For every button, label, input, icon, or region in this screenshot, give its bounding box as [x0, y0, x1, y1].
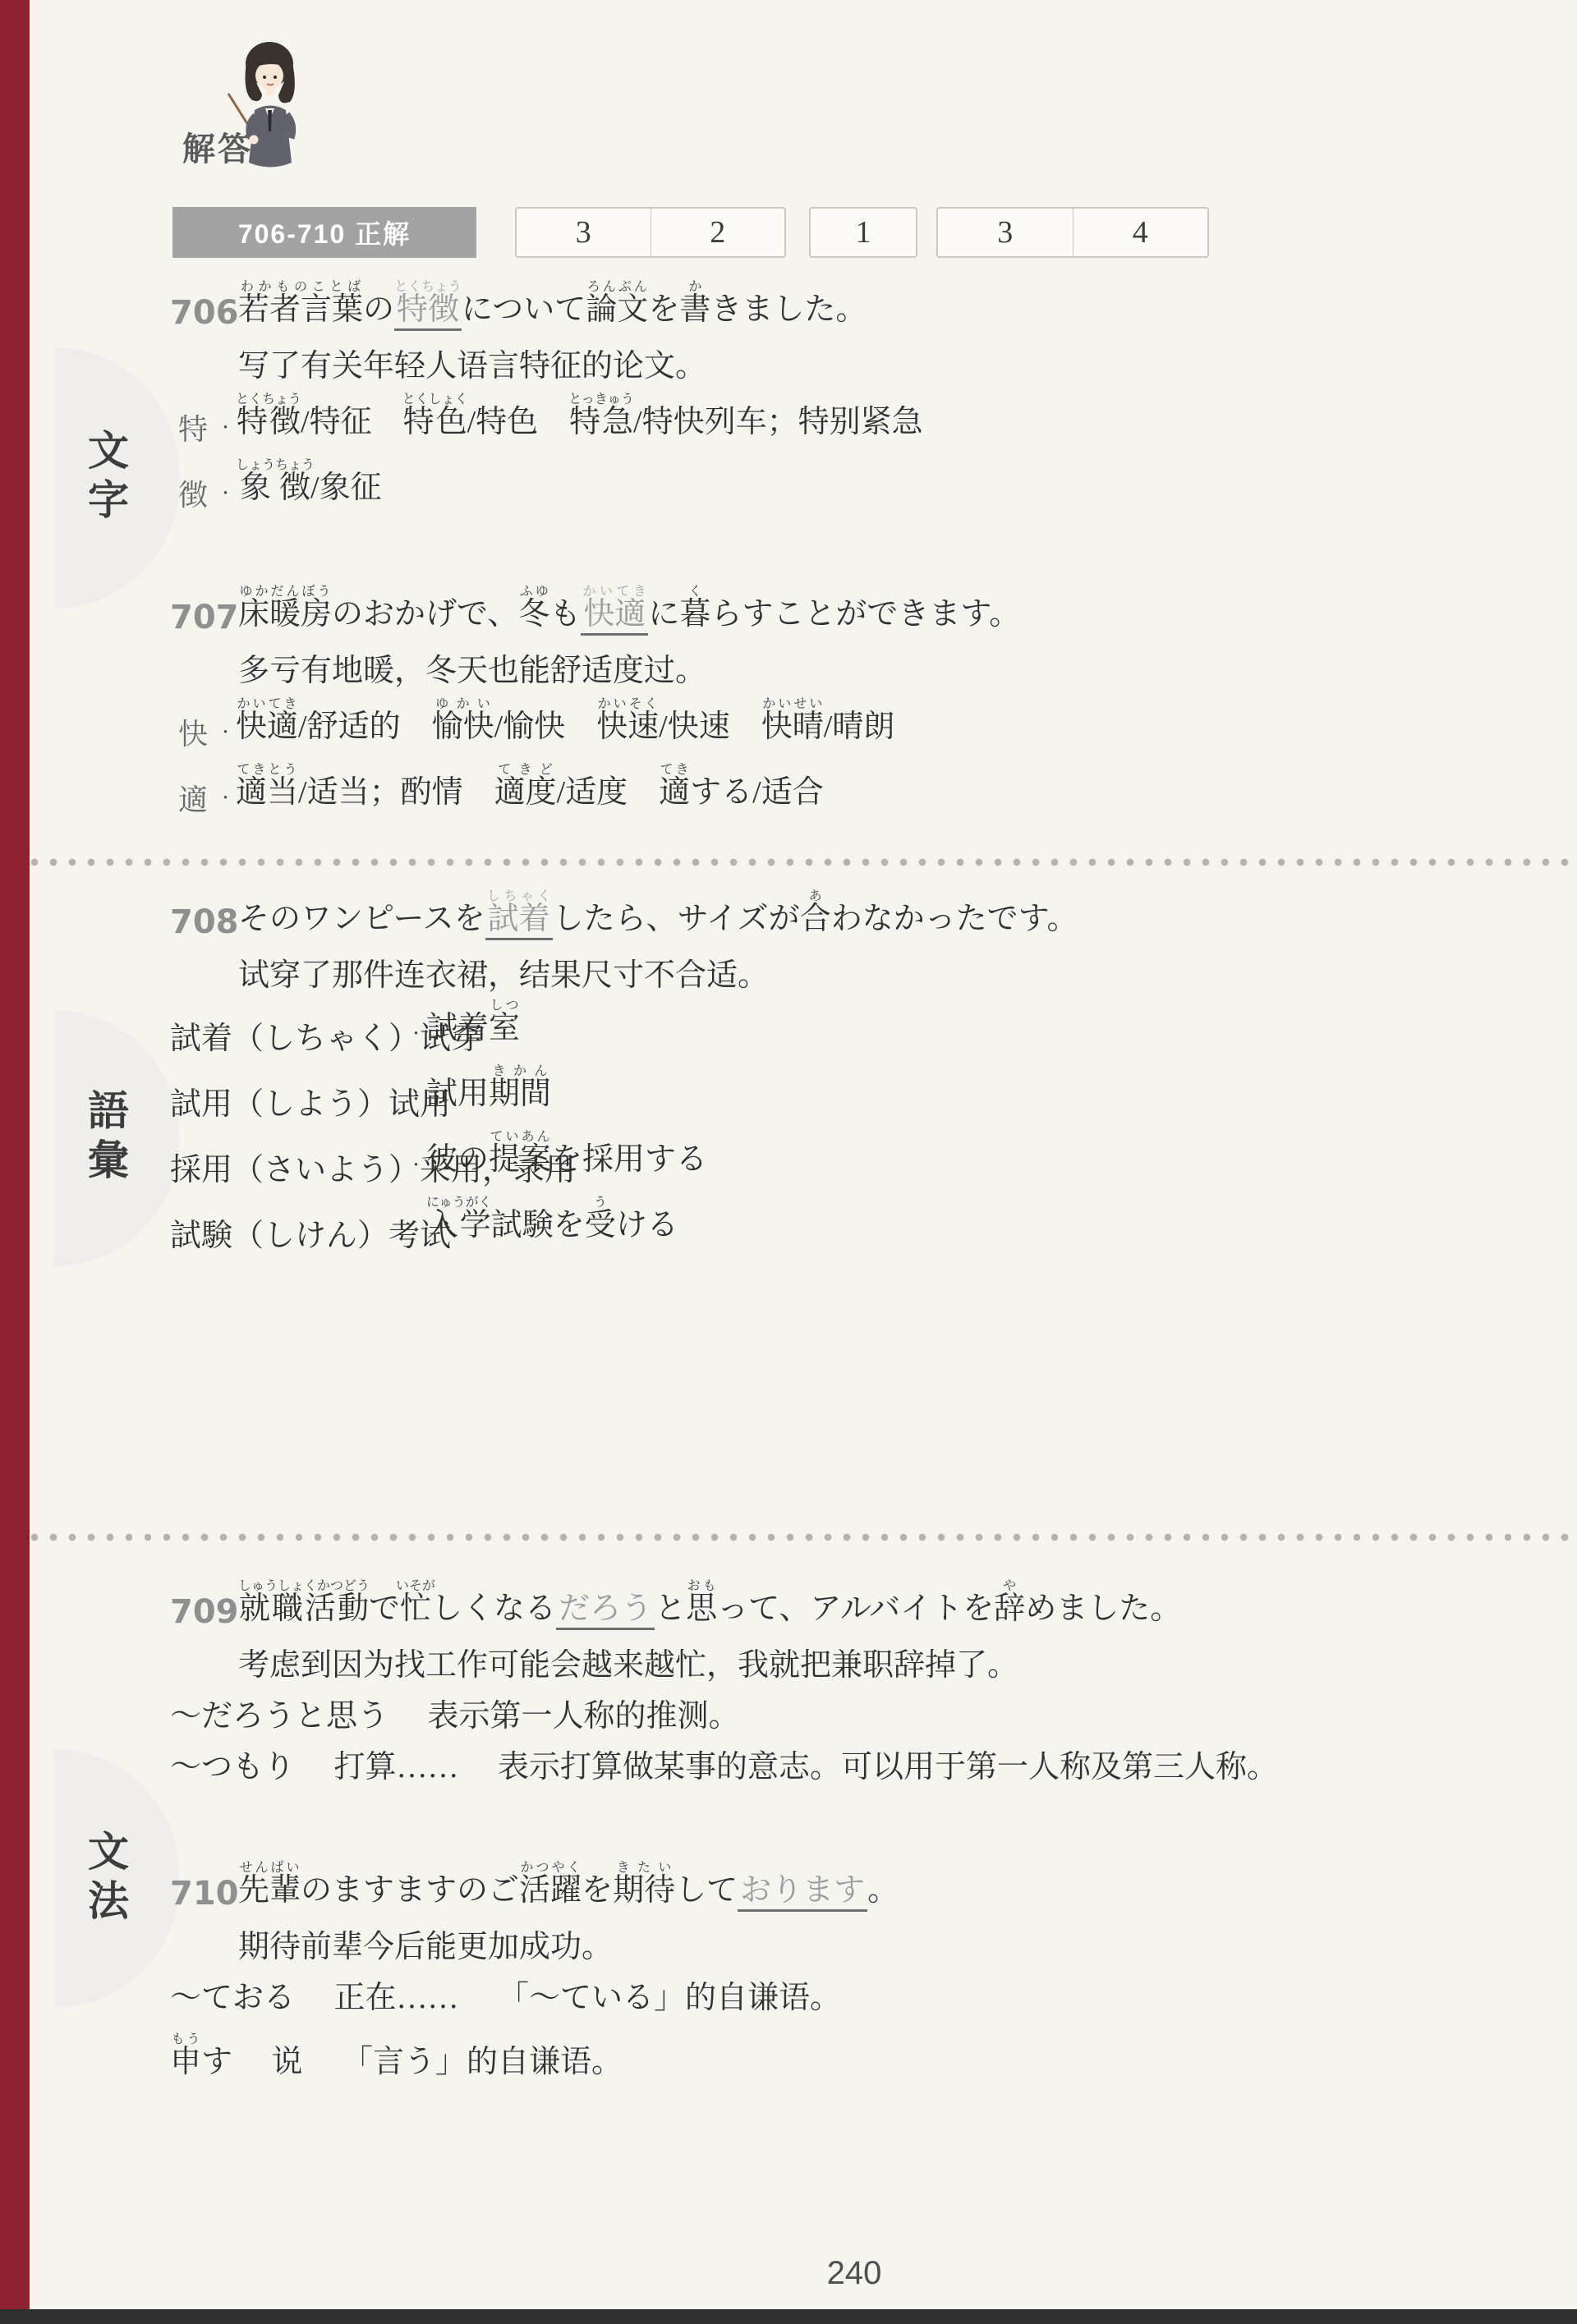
- question-sentence-row: 709 就職活動しゅうしょくかつどうで忙いそがしくなるだろうと思おもって、アルバ…: [170, 1578, 1550, 1631]
- dotted-divider: [30, 857, 1577, 867]
- answer-cell-708: 1: [811, 209, 916, 256]
- grammar-note: ～つもり 打算…… 表示打算做某事的意志。可以用于第一人称及第三人称。: [170, 1751, 1550, 1784]
- bullet-icon: ・: [218, 458, 236, 514]
- vocab-word: 採用（さいよう）采用，录用: [170, 1130, 408, 1189]
- book-page: 文字 語彙 文法 解答 706-710 正解 3 2 1 3: [0, 0, 1577, 2324]
- translation: 写了有关年轻人语言特征的论文。: [238, 350, 1550, 383]
- question-sentence: 先輩せんぱいのますますのご活躍かつやくを期待きたいしております。: [238, 1861, 899, 1913]
- question-number: 707: [170, 585, 238, 636]
- teacher-illustration: [223, 36, 310, 186]
- bullet-icon: ・: [218, 697, 236, 753]
- grammar-note: ～ておる 正在…… 「～ている」的自谦语。: [170, 1982, 1550, 2014]
- vocab-example: 試着室しつ: [426, 999, 520, 1058]
- translation: 试穿了那件连衣裙，结果尺寸不合适。: [238, 959, 1550, 992]
- dotted-divider: [30, 1532, 1577, 1542]
- bullet-icon: ・: [408, 1064, 426, 1123]
- sidebar-tab-bunpou: 文法: [54, 1749, 179, 2008]
- vocab-word: 試着（しちゃく）试穿: [170, 999, 408, 1058]
- vocab-word: 試用（しよう）试用: [170, 1064, 408, 1123]
- answer-key-row: 706-710 正解 3 2 1 3 4: [0, 202, 1577, 261]
- question-709: 709 就職活動しゅうしょくかつどうで忙いそがしくなるだろうと思おもって、アルバ…: [170, 1578, 1550, 1784]
- answer-cell-707: 2: [651, 209, 785, 256]
- answer-cell-706: 3: [517, 209, 651, 256]
- bullet-icon: ・: [408, 1196, 426, 1255]
- question-number: 708: [170, 889, 238, 941]
- question-sentence: 若者言葉わかものことばの特徴とくちょうについて論文ろんぶんを書かきました。: [238, 280, 867, 332]
- kanji-label: 特: [178, 393, 218, 448]
- question-sentence-row: 707 床暖房ゆかだんぼうのおかげで、冬ふゆも快適かいてきに暮くらすことができま…: [170, 583, 1550, 636]
- bullet-icon: ・: [218, 763, 236, 819]
- question-708: 708 そのワンピースを試着しちゃくしたら、サイズが合あわなかったです。 试穿了…: [170, 888, 1550, 1255]
- bottom-band: [0, 2309, 1577, 2324]
- answer-cell-709: 3: [938, 209, 1073, 256]
- sidebar-tab-moji: 文字: [54, 347, 179, 609]
- translation: 考虑到因为找工作可能会越来越忙，我就把兼职辞掉了。: [238, 1649, 1550, 1682]
- sidebar-tab-label: 文字: [76, 429, 135, 527]
- translation: 多亏有地暖，冬天也能舒适度过。: [238, 654, 1550, 687]
- question-sentence: 床暖房ゆかだんぼうのおかげで、冬ふゆも快適かいてきに暮くらすことができます。: [238, 585, 1020, 636]
- vocab-row: 採用（さいよう）采用，录用 ・ 彼の提案ていあんを採用する: [170, 1130, 1550, 1189]
- answer-box-group-3: 3 4: [936, 207, 1209, 258]
- question-number: 709: [170, 1579, 238, 1631]
- answer-cell-710: 4: [1073, 209, 1208, 256]
- bullet-icon: ・: [408, 999, 426, 1058]
- kanji-row: 快 ・ 快適かいてき/舒适的 愉快ゆかい/愉快 快速かいそく/快速 快晴かいせい…: [170, 697, 1550, 753]
- vocab-row: 試用（しよう）试用 ・ 試用期間きかん: [170, 1064, 1550, 1123]
- answer-box-group-2: 1: [809, 207, 917, 258]
- vocab-row: 試験（しけん）考试 ・ 入学にゅうがく試験を受うける: [170, 1196, 1550, 1255]
- vocab-row: 試着（しちゃく）试穿 ・ 試着室しつ: [170, 999, 1550, 1058]
- kanji-label: 徴: [178, 458, 218, 514]
- question-sentence-row: 708 そのワンピースを試着しちゃくしたら、サイズが合あわなかったです。: [170, 888, 1550, 941]
- bullet-icon: ・: [408, 1130, 426, 1189]
- question-sentence: 就職活動しゅうしょくかつどうで忙いそがしくなるだろうと思おもって、アルバイトを辞…: [238, 1579, 1181, 1631]
- vocab-word: 試験（しけん）考试: [170, 1196, 408, 1255]
- answer-range-label: 706-710 正解: [172, 207, 476, 258]
- sidebar-tab-goi: 語彙: [54, 1010, 179, 1266]
- kanji-row: 特 ・ 特徴とくちょう/特征 特色とくしょく/特色 特急とっきゅう/特快列车；特…: [170, 393, 1550, 448]
- vocab-example: 彼の提案ていあんを採用する: [426, 1130, 707, 1189]
- vocab-example: 入学にゅうがく試験を受うける: [426, 1196, 678, 1255]
- vocab-example: 試用期間きかん: [426, 1064, 551, 1123]
- question-sentence: そのワンピースを試着しちゃくしたら、サイズが合あわなかったです。: [238, 889, 1078, 941]
- translation: 期待前辈今后能更加成功。: [238, 1931, 1550, 1963]
- question-707: 707 床暖房ゆかだんぼうのおかげで、冬ふゆも快適かいてきに暮くらすことができま…: [170, 583, 1550, 819]
- question-710: 710 先輩せんぱいのますますのご活躍かつやくを期待きたいしております。 期待前…: [170, 1859, 1550, 2078]
- kanji-examples: 象徴しょうちょう/象征: [236, 458, 382, 514]
- question-706: 706 若者言葉わかものことばの特徴とくちょうについて論文ろんぶんを書かきました…: [170, 278, 1550, 514]
- kanji-examples: 適当てきとう/适当；酌情 適度てきど/适度 適てきする/适合: [236, 763, 824, 819]
- kanji-label: 快: [178, 697, 218, 753]
- kanji-row: 徴 ・ 象徴しょうちょう/象征: [170, 458, 1550, 514]
- kanji-examples: 特徴とくちょう/特征 特色とくしょく/特色 特急とっきゅう/特快列车；特别紧急: [236, 393, 923, 448]
- question-number: 710: [170, 1861, 238, 1913]
- grammar-note: 申もうす 说 「言う」的自谦语。: [170, 2032, 1550, 2078]
- bullet-icon: ・: [218, 393, 236, 448]
- kanji-examples: 快適かいてき/舒适的 愉快ゆかい/愉快 快速かいそく/快速 快晴かいせい/晴朗: [236, 697, 894, 753]
- sidebar-tab-label: 語彙: [76, 1089, 135, 1187]
- kanji-label: 適: [178, 763, 218, 819]
- grammar-note: ～だろうと思う 表示第一人称的推测。: [170, 1700, 1550, 1733]
- question-number: 706: [170, 280, 238, 332]
- sidebar-tab-label: 文法: [76, 1830, 135, 1928]
- question-sentence-row: 710 先輩せんぱいのますますのご活躍かつやくを期待きたいしております。: [170, 1859, 1550, 1913]
- answer-box-group-1: 3 2: [515, 207, 786, 258]
- left-red-strip: [0, 0, 30, 2324]
- question-sentence-row: 706 若者言葉わかものことばの特徴とくちょうについて論文ろんぶんを書かきました…: [170, 278, 1550, 332]
- kanji-row: 適 ・ 適当てきとう/适当；酌情 適度てきど/适度 適てきする/适合: [170, 763, 1550, 819]
- page-number: 240: [788, 2255, 920, 2292]
